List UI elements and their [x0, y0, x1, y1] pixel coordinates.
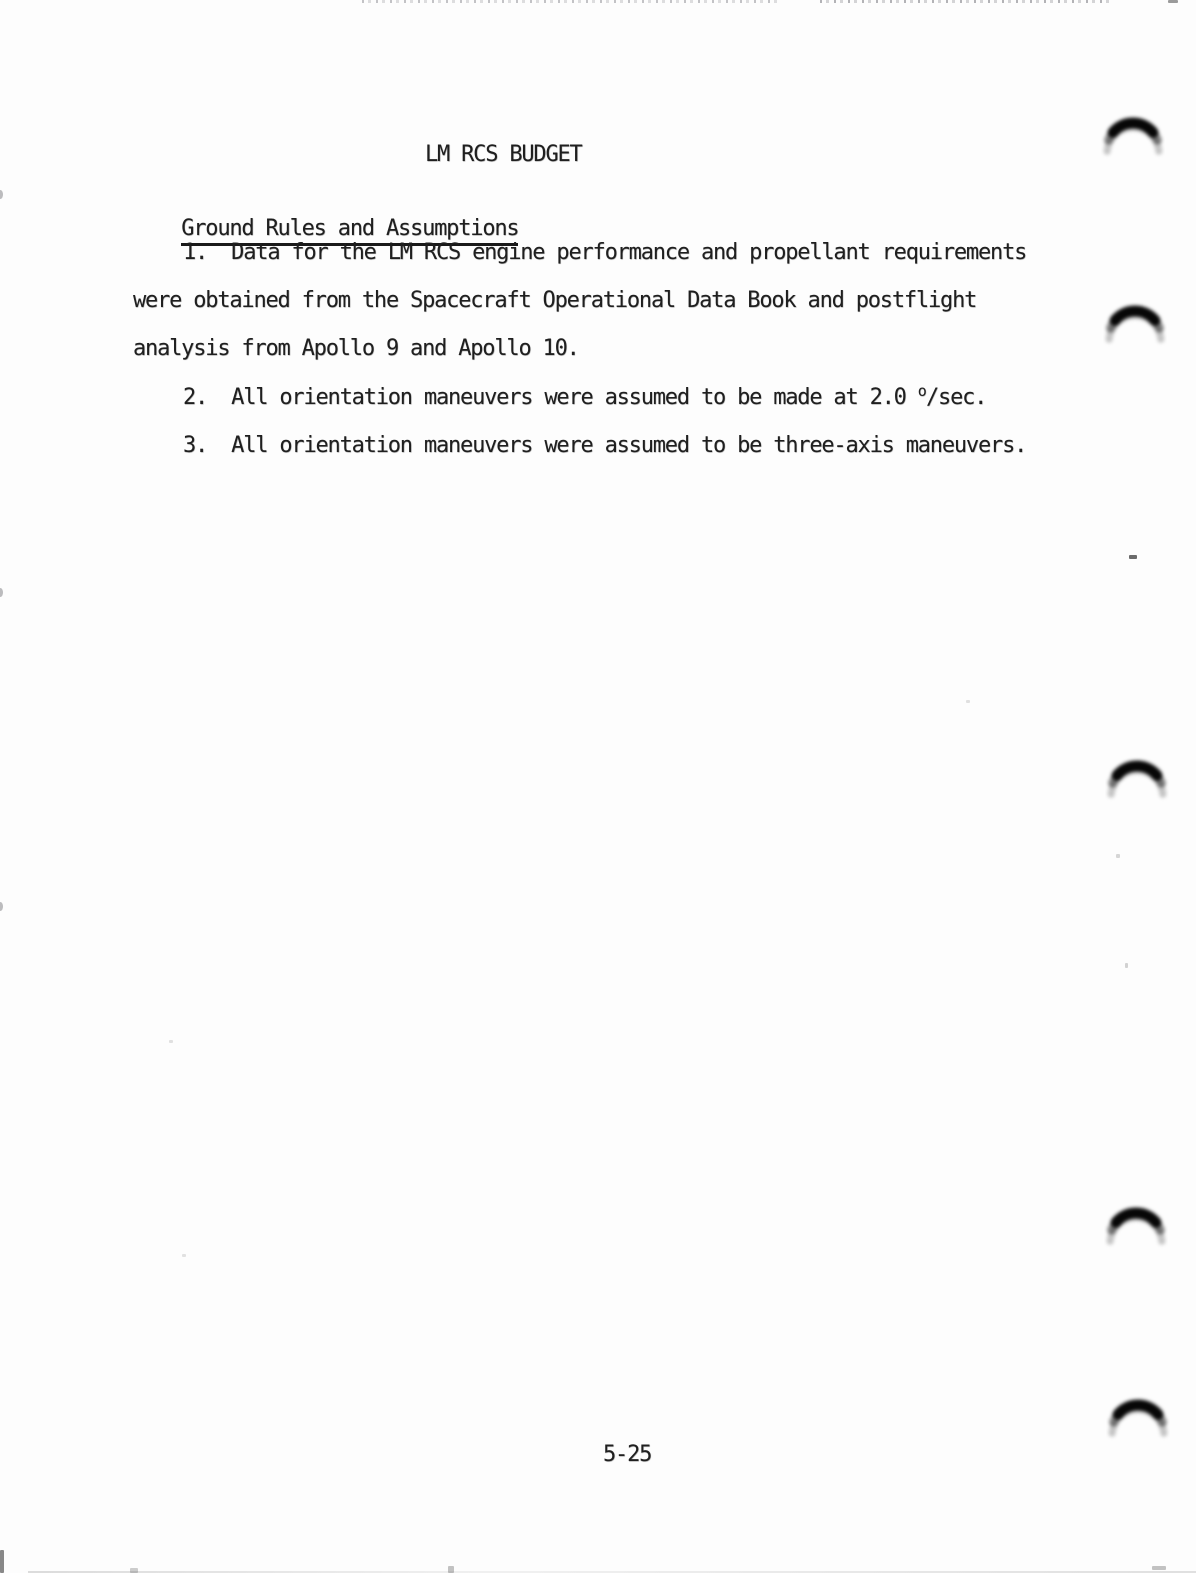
binder-hole-shadow	[1101, 113, 1165, 177]
item-1-line-2: were obtained from the Spacecraft Operat…	[133, 288, 976, 314]
scan-speck	[1152, 1566, 1166, 1570]
page-title: LM RCS BUDGET	[425, 142, 582, 168]
binder-hole-shadow	[1106, 1395, 1170, 1459]
scan-edge-mark	[0, 190, 3, 199]
item-2-unit: /sec.	[926, 385, 986, 410]
binder-hole-shadow	[1103, 301, 1167, 365]
item-1-line-1: 1. Data for the LM RCS engine performanc…	[183, 240, 1026, 266]
scan-speck	[130, 1568, 138, 1573]
degree-superscript: o	[918, 378, 926, 404]
scan-edge-mark	[0, 902, 3, 911]
scan-speck	[448, 1566, 454, 1573]
scan-speck	[182, 1254, 186, 1257]
scan-noise-top	[362, 0, 782, 3]
scan-noise-top	[820, 0, 1110, 3]
document-page: LM RCS BUDGET Ground Rules and Assumptio…	[0, 0, 1196, 1573]
scan-speck	[1129, 555, 1137, 559]
item-2-text: 2. All orientation maneuvers were assume…	[183, 385, 918, 410]
binder-hole-shadow	[1105, 756, 1169, 820]
scan-speck	[0, 1550, 4, 1573]
item-2-line: 2. All orientation maneuvers were assume…	[183, 385, 986, 412]
binder-hole-shadow	[1104, 1203, 1168, 1267]
scan-speck	[169, 1040, 173, 1043]
scan-speck	[1168, 0, 1178, 3]
scan-speck	[1125, 963, 1128, 968]
scan-edge-mark	[0, 588, 3, 597]
page-number: 5-25	[603, 1442, 651, 1468]
scan-speck	[966, 700, 970, 703]
item-3-line: 3. All orientation maneuvers were assume…	[183, 433, 1026, 459]
item-1-line-3: analysis from Apollo 9 and Apollo 10.	[133, 336, 579, 362]
scan-speck	[1116, 854, 1120, 858]
